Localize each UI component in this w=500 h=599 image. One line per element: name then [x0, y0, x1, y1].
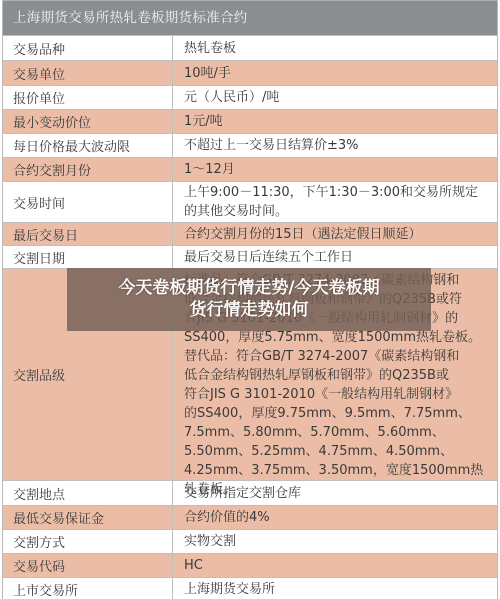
row-value: 合约价值的4%: [173, 506, 497, 529]
table-row-quote-unit: 报价单位 元（人民币）/吨: [3, 85, 497, 109]
row-value: 不超过上一交易日结算价±3%: [173, 134, 497, 157]
row-value: 1～12月: [173, 158, 497, 181]
row-label: 交易品种: [3, 36, 173, 60]
caption-line-2: 货行情走势如何: [67, 299, 431, 321]
row-value: 元（人民币）/吨: [173, 86, 497, 109]
row-label: 交易单位: [3, 61, 173, 85]
row-value: 合约交割月份的15日（遇法定假日顺延）: [173, 223, 497, 245]
table-row-trading-hours: 交易时间 上午9:00－11:30，下午1:30－3:00和交易所规定的其他交易…: [3, 181, 497, 222]
row-label: 交割方式: [3, 530, 173, 553]
table-row-delivery-method: 交割方式 实物交割: [3, 529, 497, 553]
caption-overlay: 今天卷板期货行情走势/今天卷板期 货行情走势如何: [67, 268, 431, 331]
table-row-trading-variety: 交易品种 热轧卷板: [3, 35, 497, 60]
row-label: 交易代码: [3, 554, 173, 577]
row-value: 实物交割: [173, 530, 497, 553]
table-row-last-trading-day: 最后交易日 合约交割月份的15日（遇法定假日顺延）: [3, 222, 497, 245]
row-value: 上海期货交易所: [173, 578, 497, 599]
table-title: 上海期货交易所热轧卷板期货标准合约: [3, 0, 497, 35]
row-value: HC: [173, 554, 497, 577]
row-value: 热轧卷板: [173, 36, 497, 60]
table-row-min-margin: 最低交易保证金 合约价值的4%: [3, 505, 497, 529]
row-label: 合约交割月份: [3, 158, 173, 181]
row-value: 1元/吨: [173, 110, 497, 133]
table-row-trading-code: 交易代码 HC: [3, 553, 497, 577]
grade-line: 7.5mm、5.80mm、5.70mm、5.60mm、: [184, 423, 487, 442]
row-value: 交易所指定交割仓库: [173, 481, 497, 505]
row-label: 最后交易日: [3, 223, 173, 245]
row-label: 交割地点: [3, 481, 173, 505]
row-label: 上市交易所: [3, 578, 173, 599]
table-row-delivery-location: 交割地点 交易所指定交割仓库: [3, 480, 497, 505]
row-value: 上午9:00－11:30，下午1:30－3:00和交易所规定的其他交易时间。: [173, 182, 497, 222]
table-row-delivery-months: 合约交割月份 1～12月: [3, 157, 497, 181]
caption-line-1: 今天卷板期货行情走势/今天卷板期: [67, 277, 431, 299]
grade-line: 5.50mm、5.25mm、4.75mm、4.50mm、: [184, 442, 487, 461]
table-row-trading-unit: 交易单位 10吨/手: [3, 60, 497, 85]
table-row-listing-exchange: 上市交易所 上海期货交易所: [3, 577, 497, 599]
grade-line: 低合金结构钢热轧厚钢板和钢带》的Q235B或: [184, 366, 487, 385]
row-value: 最后交易日后连续五个工作日: [173, 246, 497, 268]
grade-line: 4.25mm、3.75mm、3.50mm，宽度1500mm热: [184, 461, 487, 480]
grade-line: 符合JIS G 3101-2010《一般结构用轧制钢材》: [184, 385, 487, 404]
row-label: 最小变动价位: [3, 110, 173, 133]
row-label: 交易时间: [3, 182, 173, 222]
row-label: 交割日期: [3, 246, 173, 268]
table-row-tick-size: 最小变动价位 1元/吨: [3, 109, 497, 133]
table-row-price-limit: 每日价格最大波动限 不超过上一交易日结算价±3%: [3, 133, 497, 157]
grade-line: 替代品：符合GB/T 3274-2007《碳素结构钢和: [184, 347, 487, 366]
row-label: 报价单位: [3, 86, 173, 109]
row-value: 10吨/手: [173, 61, 497, 85]
grade-line: 的SS400，厚度9.75mm、9.5mm、7.75mm、: [184, 404, 487, 423]
row-label: 每日价格最大波动限: [3, 134, 173, 157]
row-label: 最低交易保证金: [3, 506, 173, 529]
table-row-delivery-date: 交割日期 最后交易日后连续五个工作日: [3, 245, 497, 268]
